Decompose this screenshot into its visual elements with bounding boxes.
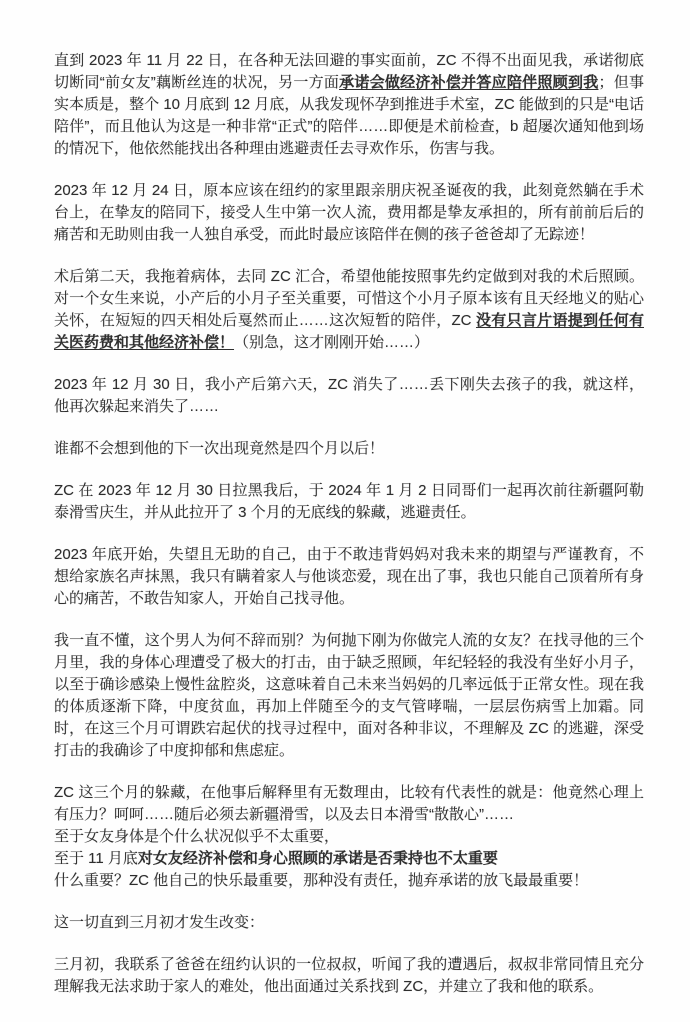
text-run: ZC 在 2023 年 12 月 30 日拉黑我后，于 2024 年 1 月 2… [54, 482, 644, 521]
text-run: 2023 年底开始，失望且无助的自己，由于不敢违背妈妈对我未来的期望与严谨教育，… [54, 546, 644, 607]
text-run-emphasis: 承诺会做经济补偿并答应陪伴照顾到我 [339, 74, 598, 91]
paragraph-9: ZC 这三个月的躲藏，在他事后解释里有无数理由，比较有代表性的就是：他竟然心理上… [54, 782, 644, 892]
text-run: ZC 这三个月的躲藏，在他事后解释里有无数理由，比较有代表性的就是：他竟然心理上… [54, 784, 644, 823]
text-run: 2023 年 12 月 24 日，原本应该在纽约的家里跟亲朋庆祝圣诞夜的我，此刻… [54, 182, 644, 243]
paragraph-8: 我一直不懂，这个男人为何不辞而别？为何抛下刚为你做完人流的女友？在找寻他的三个月… [54, 630, 644, 762]
text-run-emphasis: 对女友经济补偿和身心照顾的承诺是否秉持也不太重要 [138, 850, 498, 867]
text-run: 什么重要？ZC 他自己的快乐最重要，那种没有责任，抛弃承诺的放飞最最重要！ [54, 872, 588, 889]
text-run: 至于 11 月底 [54, 850, 138, 867]
paragraph-3: 术后第二天，我拖着病体，去同 ZC 汇合，希望他能按照事先约定做到对我的术后照顾… [54, 266, 644, 354]
text-run: 至于女友身体是个什么状况似乎不太重要， [54, 828, 339, 845]
text-run: 三月初，我联系了爸爸在纽约认识的一位叔叔，听闻了我的遭遇后，叔叔非常同情且充分理… [54, 956, 644, 995]
text-run: 2023 年 12 月 30 日，我小产后第六天，ZC 消失了……丢下刚失去孩子… [54, 376, 644, 415]
paragraph-4: 2023 年 12 月 30 日，我小产后第六天，ZC 消失了……丢下刚失去孩子… [54, 374, 644, 418]
paragraph-6: ZC 在 2023 年 12 月 30 日拉黑我后，于 2024 年 1 月 2… [54, 480, 644, 524]
text-run: 这一切直到三月初才发生改变： [54, 914, 264, 931]
paragraph-5: 谁都不会想到他的下一次出现竟然是四个月以后！ [54, 438, 644, 460]
text-run: 谁都不会想到他的下一次出现竟然是四个月以后！ [54, 440, 384, 457]
paragraph-7: 2023 年底开始，失望且无助的自己，由于不敢违背妈妈对我未来的期望与严谨教育，… [54, 544, 644, 610]
document-page: 直到 2023 年 11 月 22 日，在各种无法回避的事实面前，ZC 不得不出… [0, 0, 690, 1022]
paragraph-10: 这一切直到三月初才发生改变： [54, 912, 644, 934]
paragraph-2: 2023 年 12 月 24 日，原本应该在纽约的家里跟亲朋庆祝圣诞夜的我，此刻… [54, 180, 644, 246]
document-body: 直到 2023 年 11 月 22 日，在各种无法回避的事实面前，ZC 不得不出… [54, 50, 644, 998]
text-run: 我一直不懂，这个男人为何不辞而别？为何抛下刚为你做完人流的女友？在找寻他的三个月… [54, 632, 644, 759]
paragraph-11: 三月初，我联系了爸爸在纽约认识的一位叔叔，听闻了我的遭遇后，叔叔非常同情且充分理… [54, 954, 644, 998]
text-run: （别急，这才刚刚开始……） [234, 334, 429, 351]
paragraph-1: 直到 2023 年 11 月 22 日，在各种无法回避的事实面前，ZC 不得不出… [54, 50, 644, 160]
